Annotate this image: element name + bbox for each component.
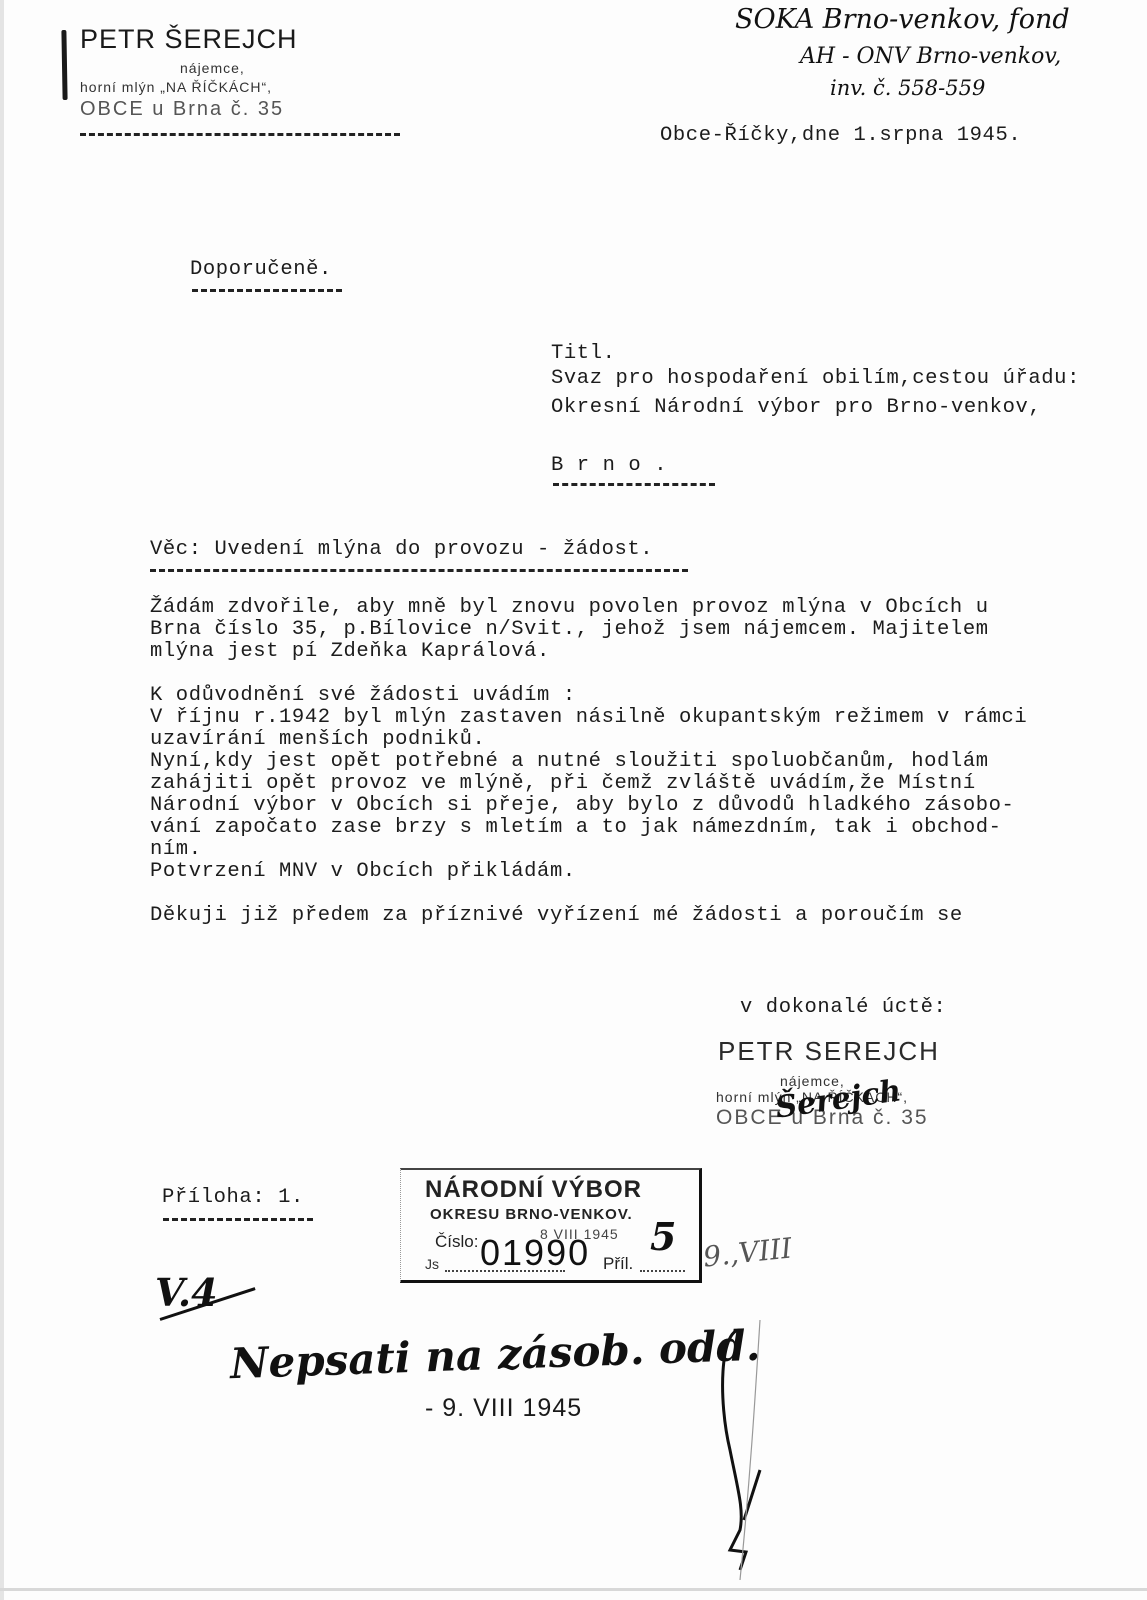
registry-stamp-line1: NÁRODNÍ VÝBOR bbox=[425, 1176, 642, 1204]
archive-note-line1: SOKA Brno-venkov, fond bbox=[735, 4, 1070, 35]
handwritten-instruction: Nepsati na zásob. odd. bbox=[229, 1321, 761, 1388]
body-line: vání započato zase brzy s mletím a to ja… bbox=[150, 816, 1002, 839]
body-line: mlýna jest pí Zdeňka Kaprálová. bbox=[150, 640, 550, 663]
letterhead-bar bbox=[61, 30, 67, 100]
letterhead-mill: horní mlýn „NA ŘÍČKÁCH“, bbox=[80, 79, 272, 95]
archive-note-line2: AH - ONV Brno-venkov, bbox=[800, 44, 1061, 69]
body-line: Potvrzení MNV v Obcích přikládám. bbox=[150, 860, 576, 883]
registry-stamp-date: 8 VIII 1945 bbox=[540, 1226, 619, 1242]
subject-underline bbox=[150, 569, 688, 572]
body-line: zahájiti opět provoz ve mlýně, při čemž … bbox=[150, 772, 976, 795]
registry-stamp-attachments-field bbox=[640, 1270, 685, 1272]
delivery-mode: Doporučeně. bbox=[190, 258, 332, 281]
body-line: Brna číslo 35, p.Bílovice n/Svit., jehož… bbox=[150, 618, 989, 641]
registry-stamp-attachments-count: 5 bbox=[650, 1214, 676, 1259]
place-date: Obce-Říčky,dne 1.srpna 1945. bbox=[660, 124, 1021, 147]
body-line: Nyní,kdy jest opět potřebné a nutné slou… bbox=[150, 750, 989, 773]
scan-edge-bottom bbox=[0, 1588, 1147, 1591]
registry-stamp-line2: OKRESU BRNO-VENKOV. bbox=[430, 1206, 633, 1223]
body-line: ním. bbox=[150, 838, 202, 861]
handwritten-paraph bbox=[700, 1320, 780, 1580]
subject-line: Věc: Uvedení mlýna do provozu - žádost. bbox=[150, 538, 653, 561]
closing: v dokonalé úctě: bbox=[740, 996, 946, 1019]
recipient-salutation: Titl. bbox=[551, 342, 616, 365]
attachment-label: Příloha: 1. bbox=[162, 1186, 304, 1209]
letter-page: PETR ŠEREJCH nájemce, horní mlýn „NA ŘÍČ… bbox=[0, 0, 1147, 1600]
scan-edge-left bbox=[0, 0, 4, 1600]
recipient-line2: Okresní Národní výbor pro Brno-venkov, bbox=[551, 396, 1041, 419]
archive-note-line3: inv. č. 558-559 bbox=[830, 76, 985, 100]
attachment-underline bbox=[163, 1218, 313, 1221]
registry-stamp-attachments-label: Příl. bbox=[603, 1254, 633, 1274]
received-date-stamp: - 9. VIII 1945 bbox=[425, 1394, 582, 1423]
letterhead-address: OBCE u Brna č. 35 bbox=[80, 98, 284, 121]
recipient-city: B r n o . bbox=[551, 454, 667, 477]
letterhead-name: PETR ŠEREJCH bbox=[80, 24, 298, 55]
recipient-line1: Svaz pro hospodaření obilím,cestou úřadu… bbox=[551, 367, 1080, 390]
recipient-city-underline bbox=[553, 483, 715, 486]
letterhead-role: nájemce, bbox=[180, 60, 245, 76]
handwritten-initials: 9.,VIII bbox=[702, 1231, 794, 1273]
registry-stamp-js-field bbox=[445, 1270, 565, 1272]
body-line: Národní výbor v Obcích si přeje, aby byl… bbox=[150, 794, 1014, 817]
body-line: Žádám zdvořile, aby mně byl znovu povole… bbox=[150, 596, 989, 619]
body-line: V říjnu r.1942 byl mlýn zastaven násilně… bbox=[150, 706, 1027, 729]
delivery-mode-underline bbox=[192, 289, 342, 292]
body-paragraph-3: Děkuji již předem za příznivé vyřízení m… bbox=[150, 904, 963, 927]
registry-stamp-number-label: Číslo: bbox=[435, 1232, 478, 1252]
signature-stamp-name: PETR SEREJCH bbox=[718, 1036, 940, 1067]
body-line: K odůvodnění své žádosti uvádím : bbox=[150, 684, 576, 707]
body-line: uzavírání menších podniků. bbox=[150, 728, 485, 751]
registry-stamp-js-label: Js bbox=[425, 1256, 439, 1272]
letterhead-divider bbox=[80, 133, 400, 136]
